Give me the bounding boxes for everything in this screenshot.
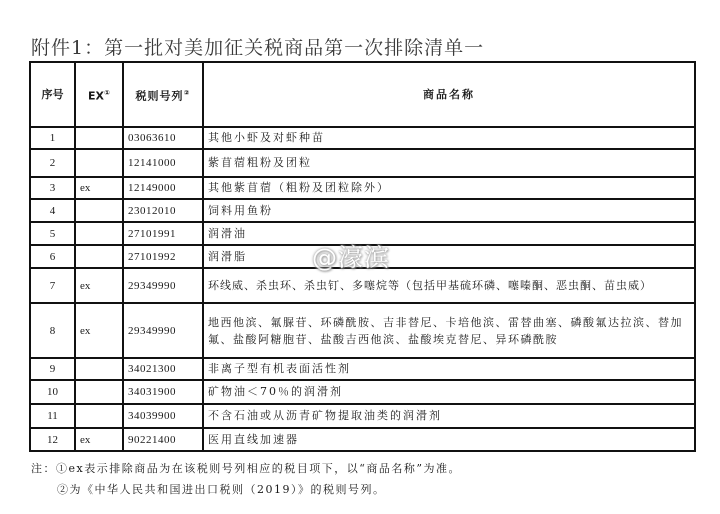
table-row: 3 ex 12149000 其他紫苜蓿（粗粉及团粒除外）: [30, 177, 695, 199]
cell-serial-number: 3: [30, 177, 75, 199]
cell-product-name: 润滑脂: [203, 245, 695, 268]
table-row: 11 34039900 不含石油或从沥青矿物提取油类的润滑剂: [30, 404, 695, 428]
cell-product-name: 矿物油＜70％的润滑剂: [203, 380, 695, 404]
table-row: 1 03063610 其他小虾及对虾种苗: [30, 127, 695, 149]
cell-tariff-code: 12141000: [123, 149, 203, 177]
header-tariff-code-label: 税则号列: [136, 89, 184, 102]
table-row: 2 12141000 紫苜蓿粗粉及团粒: [30, 149, 695, 177]
header-serial-number: 序号: [30, 62, 75, 127]
cell-ex: [75, 222, 123, 245]
footnote-2: ②为《中华人民共和国进出口税则（2019）》的税则号列。: [31, 479, 461, 500]
table-row: 12 ex 90221400 医用直线加速器: [30, 428, 695, 451]
cell-tariff-code: 34021300: [123, 358, 203, 380]
table-header-row: 序号 EX① 税则号列② 商品名称: [30, 62, 695, 127]
table-row: 8 ex 29349990 地西他滨、氟脲苷、环磷酰胺、吉非替尼、卡培他滨、雷替…: [30, 303, 695, 358]
table-row: 4 23012010 饲料用鱼粉: [30, 199, 695, 222]
cell-serial-number: 8: [30, 303, 75, 358]
cell-serial-number: 10: [30, 380, 75, 404]
cell-serial-number: 6: [30, 245, 75, 268]
cell-ex: [75, 199, 123, 222]
table-row: 9 34021300 非离子型有机表面活性剂: [30, 358, 695, 380]
cell-product-name: 其他小虾及对虾种苗: [203, 127, 695, 149]
cell-serial-number: 2: [30, 149, 75, 177]
cell-ex: [75, 358, 123, 380]
cell-tariff-code: 03063610: [123, 127, 203, 149]
cell-tariff-code: 27101991: [123, 222, 203, 245]
cell-product-name: 润滑油: [203, 222, 695, 245]
cell-tariff-code: 27101992: [123, 245, 203, 268]
cell-serial-number: 7: [30, 268, 75, 303]
cell-ex: ex: [75, 428, 123, 451]
table-row: 10 34031900 矿物油＜70％的润滑剂: [30, 380, 695, 404]
cell-product-name: 饲料用鱼粉: [203, 199, 695, 222]
cell-tariff-code: 90221400: [123, 428, 203, 451]
cell-tariff-code: 29349990: [123, 303, 203, 358]
header-product-name: 商品名称: [203, 62, 695, 127]
header-tariff-code: 税则号列②: [123, 62, 203, 127]
cell-product-name: 非离子型有机表面活性剂: [203, 358, 695, 380]
cell-product-name: 地西他滨、氟脲苷、环磷酰胺、吉非替尼、卡培他滨、雷替曲塞、磷酸氟达拉滨、替加氟、…: [203, 303, 695, 358]
cell-tariff-code: 12149000: [123, 177, 203, 199]
cell-ex: ex: [75, 303, 123, 358]
cell-ex: [75, 380, 123, 404]
cell-product-name: 环线威、杀虫环、杀虫钉、多噻烷等（包括甲基硫环磷、噻嗪酮、恶虫酮、苗虫威）: [203, 268, 695, 303]
cell-product-name: 医用直线加速器: [203, 428, 695, 451]
cell-ex: ex: [75, 268, 123, 303]
cell-product-name: 紫苜蓿粗粉及团粒: [203, 149, 695, 177]
cell-serial-number: 4: [30, 199, 75, 222]
header-serial-number-label: 序号: [42, 88, 64, 101]
cell-product-name: 其他紫苜蓿（粗粉及团粒除外）: [203, 177, 695, 199]
cell-ex: ex: [75, 177, 123, 199]
cell-tariff-code: 34039900: [123, 404, 203, 428]
cell-serial-number: 12: [30, 428, 75, 451]
cell-tariff-code: 29349990: [123, 268, 203, 303]
cell-serial-number: 5: [30, 222, 75, 245]
cell-tariff-code: 34031900: [123, 380, 203, 404]
cell-ex: [75, 245, 123, 268]
cell-product-name: 不含石油或从沥青矿物提取油类的润滑剂: [203, 404, 695, 428]
header-ex: EX①: [75, 62, 123, 127]
cell-serial-number: 1: [30, 127, 75, 149]
cell-tariff-code: 23012010: [123, 199, 203, 222]
cell-ex: [75, 149, 123, 177]
header-product-name-label: 商品名称: [423, 88, 475, 101]
header-ex-label: EX: [88, 89, 104, 102]
footnote-1: 注：①ex表示排除商品为在该税则号列相应的税目项下，以“商品名称”为准。: [31, 458, 461, 479]
cell-ex: [75, 127, 123, 149]
document-title: 附件1：第一批对美加征关税商品第一次排除清单一: [31, 33, 484, 60]
cell-ex: [75, 404, 123, 428]
watermark: @濠滨: [312, 238, 390, 274]
footnotes: 注：①ex表示排除商品为在该税则号列相应的税目项下，以“商品名称”为准。 ②为《…: [31, 458, 461, 500]
footnote-marker-2: ②: [184, 89, 191, 97]
cell-serial-number: 11: [30, 404, 75, 428]
footnote-marker-1: ①: [104, 89, 110, 97]
cell-serial-number: 9: [30, 358, 75, 380]
